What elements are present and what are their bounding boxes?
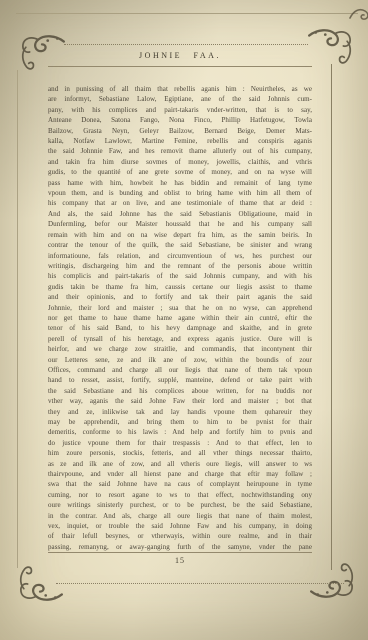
text-line: as ze and ilk ane of zow, and all vtheri… bbox=[48, 459, 312, 469]
text-line: kalla, Notfaw Lawlowr, Martine Femine, r… bbox=[48, 136, 312, 146]
frame-rule-right bbox=[331, 64, 332, 570]
text-line: Johnnie, their lord and maister ; sua th… bbox=[48, 303, 312, 313]
edge-flourish-icon bbox=[348, 6, 368, 24]
text-line: pass hame with him, howbeit he has biddi… bbox=[48, 178, 312, 188]
text-line: nor get thame to haue thame hame agane w… bbox=[48, 313, 312, 323]
corner-flourish-bottom-right-icon bbox=[310, 562, 356, 600]
text-line: pany, with his complices and pairt-takar… bbox=[48, 105, 312, 115]
text-line: his company that ar on live, and ane tes… bbox=[48, 198, 312, 208]
text-line: demeritis, conforme to his lawis : And h… bbox=[48, 427, 312, 437]
text-line: Offices, command and charge all our lieg… bbox=[48, 365, 312, 375]
footer-rule bbox=[48, 552, 312, 553]
text-line: and their opinionis, and to fortify and … bbox=[48, 292, 312, 302]
text-line: tenor of his said Band, to his hevy damp… bbox=[48, 323, 312, 333]
text-line: and in punissing of all thaim that rebel… bbox=[48, 84, 312, 94]
corner-flourish-bottom-left-icon bbox=[17, 565, 63, 603]
text-line: informatioune, fals relation, and circum… bbox=[48, 251, 312, 261]
text-line: do justice vpoune them for thair trespas… bbox=[48, 438, 312, 448]
text-line: vex, inquiet, or trouble the said Johnne… bbox=[48, 521, 312, 531]
text-line: oure writings sinisterly purchest, or to… bbox=[48, 500, 312, 510]
text-line: our Letteres sene, ze and ilk ane of zow… bbox=[48, 355, 312, 365]
text-line: are informyt, Sebastiane Lalow, Egiptian… bbox=[48, 94, 312, 104]
text-line: contrar the tenour of the quilk, the sai… bbox=[48, 240, 312, 250]
text-line: writingis, dischargeing him and the remn… bbox=[48, 261, 312, 271]
running-header: JOHNIE FAA. bbox=[48, 51, 312, 60]
frame-rule-top bbox=[64, 44, 308, 45]
text-line: gudis, to the quantité of ane grete sovm… bbox=[48, 167, 312, 177]
text-line: the said Sebastiane and his complices ab… bbox=[48, 386, 312, 396]
text-line: swa that the said Johnne have na caus of… bbox=[48, 479, 312, 489]
text-line: perell of tynsall of his heretage, and e… bbox=[48, 334, 312, 344]
text-line: vpoun them, and is bunding and oblist to… bbox=[48, 188, 312, 198]
text-line: his complicis and pairt-takaris of the s… bbox=[48, 271, 312, 281]
page-number: 15 bbox=[48, 556, 312, 565]
text-line: hand to resset, assist, fortify, supplé,… bbox=[48, 375, 312, 385]
text-line: And als, the said Johnne has the said Se… bbox=[48, 209, 312, 219]
scanned-book-page: JOHNIE FAA. and in punissing of all thai… bbox=[0, 0, 368, 640]
text-line: gudis takin be thame fra him, caussis ce… bbox=[48, 282, 312, 292]
header-rule bbox=[48, 66, 312, 67]
text-line: remain with him and on na wise depart fr… bbox=[48, 230, 312, 240]
text-line: Anteane Donea, Satona Fango, Nona Finco,… bbox=[48, 115, 312, 125]
text-line: of thair lefull besynes, or vtherwayis, … bbox=[48, 531, 312, 541]
text-line: Bailzow, Grasta Neyn, Geleyr Bailzow, Be… bbox=[48, 126, 312, 136]
text-line: and takin fra him diurse sovmes of money… bbox=[48, 157, 312, 167]
text-line: vther way, aganis the said Johne Faw the… bbox=[48, 396, 312, 406]
text-line: heirfor, and we charge zow straitlie, an… bbox=[48, 344, 312, 354]
text-line: passing, remanyng, or away-ganging furth… bbox=[48, 542, 312, 552]
text-line: thairvpoune, and vnder all hienst pane a… bbox=[48, 469, 312, 479]
text-line: may be apprehendit, and bring them to hi… bbox=[48, 417, 312, 427]
text-line: cuming, nor to resort agane to ws to tha… bbox=[48, 490, 312, 500]
text-line: Dunfermling, befor our Maister houssald … bbox=[48, 219, 312, 229]
text-line: in the contrar. And als, charge all oure… bbox=[48, 511, 312, 521]
text-line: him zoure personis, stockis, fetteris, a… bbox=[48, 448, 312, 458]
corner-flourish-top-right-icon bbox=[308, 27, 354, 65]
text-block: and in punissing of all thaim that rebel… bbox=[48, 84, 312, 552]
text-line: they and ze, inlikwise tak and lay handi… bbox=[48, 407, 312, 417]
text-line: the said Johnnie Faw, and hes removit th… bbox=[48, 146, 312, 156]
frame-rule-bottom bbox=[56, 583, 344, 584]
page-top-edge-line bbox=[16, 13, 358, 14]
frame-rule-left bbox=[17, 70, 18, 568]
